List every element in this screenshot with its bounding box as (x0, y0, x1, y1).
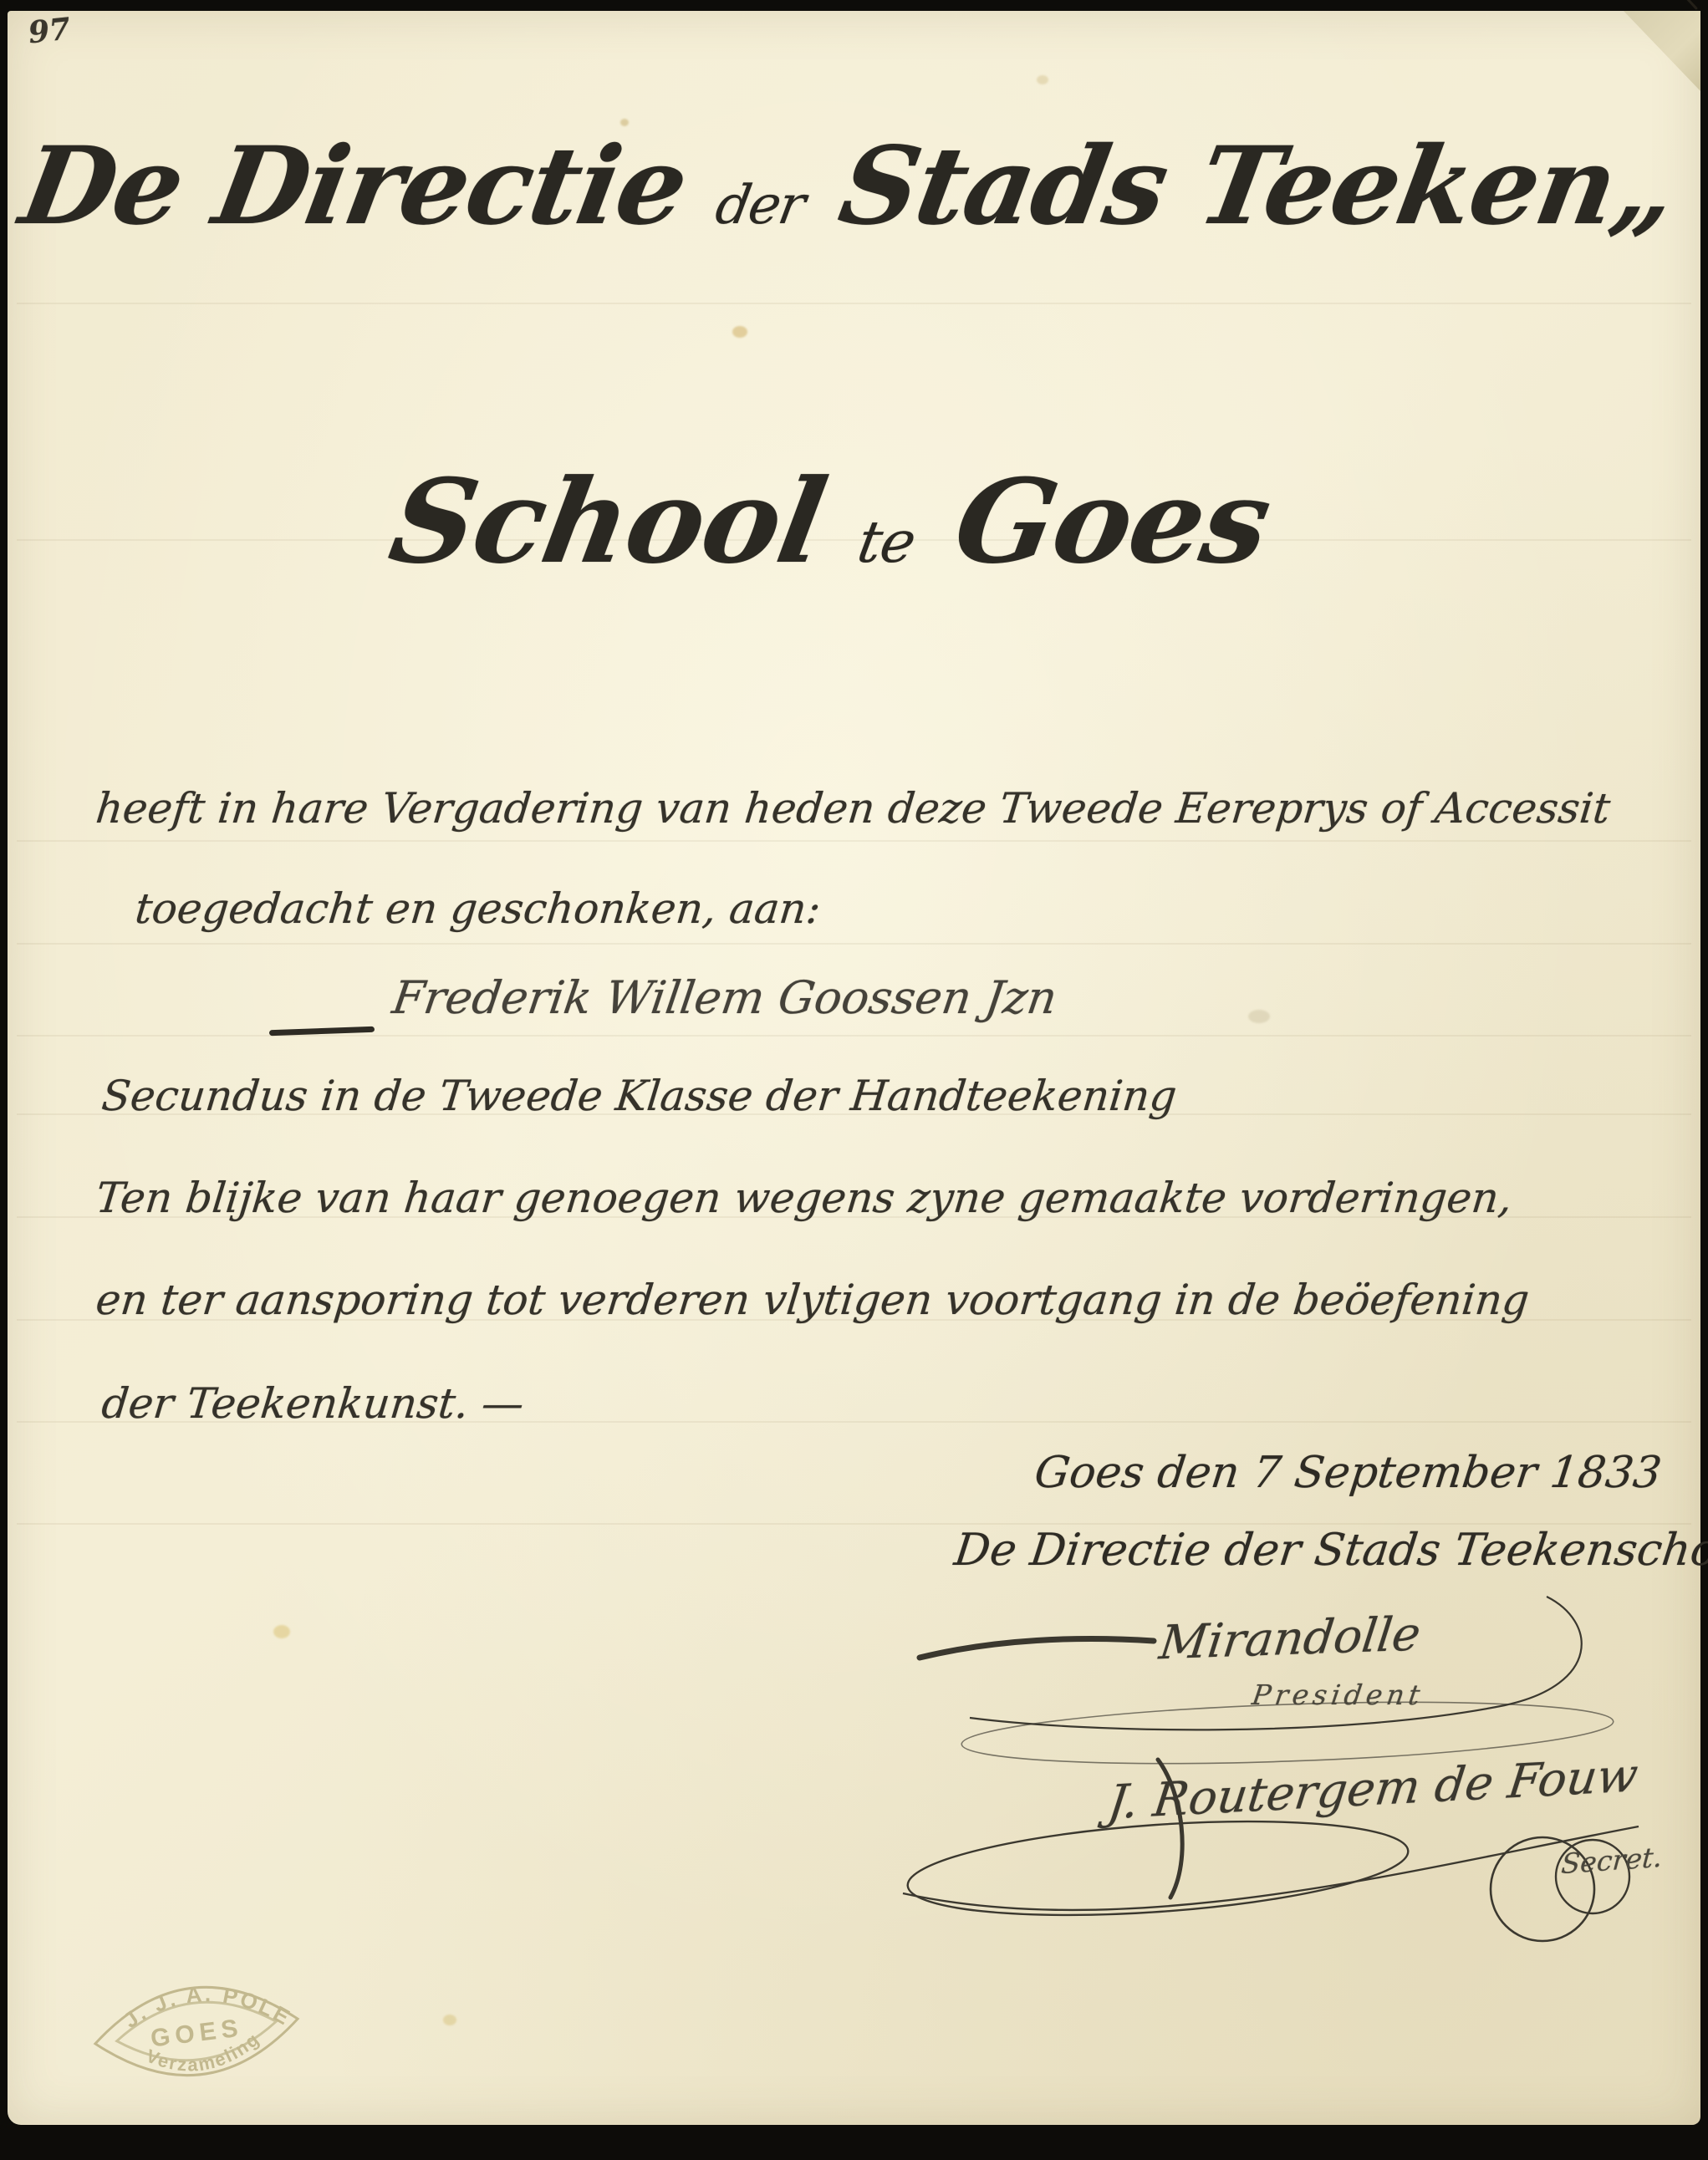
title-line-1: De Directie der Stads Teeken„ (13, 124, 1685, 249)
president-signature: Mirandolle (1156, 1607, 1424, 1671)
scanned-certificate: 97 De Directie der Stads Teeken„ School … (0, 0, 1708, 2160)
collection-stamp: J. J. A. POLEY GOES Verzameling (79, 1943, 314, 2119)
fox-spot (273, 1625, 290, 1638)
fold-crease (1624, 0, 1698, 10)
guideline (17, 840, 1691, 842)
page-number: 97 (27, 11, 72, 50)
issuer-line: De Directie der Stads Teekenschool. (951, 1525, 1708, 1576)
title-word: Directie (206, 124, 696, 249)
title-word-small: te (853, 509, 920, 576)
body-line: Ten blijke van haar genoegen wegens zyne… (94, 1174, 1515, 1222)
smudge (1248, 1010, 1270, 1023)
guideline (17, 1035, 1691, 1037)
guideline (17, 303, 1691, 304)
recipient-name: Frederik Willem Goossen Jzn (390, 971, 1061, 1024)
title-word: Goes (946, 453, 1280, 589)
guideline (17, 943, 1691, 945)
fox-spot (443, 2015, 456, 2025)
title-line-2: School te Goes (381, 453, 1280, 589)
body-line: Secundus in de Tweede Klasse der Handtee… (99, 1072, 1179, 1120)
body-line: toegedacht en geschonken, aan: (133, 884, 823, 933)
title-word: School (381, 453, 835, 589)
president-title: President (1250, 1679, 1426, 1711)
title-word: Stads (831, 124, 1176, 249)
fox-spot (1037, 75, 1048, 84)
title-word: De (13, 124, 192, 249)
body-line: en ter aansporing tot verderen vlytigen … (94, 1276, 1532, 1324)
dateline: Goes den 7 September 1833 (1032, 1448, 1664, 1498)
body-line: der Teekenkunst. — (99, 1379, 526, 1428)
fox-spot (732, 326, 747, 338)
body-line: heeft in hare Vergadering van heden deze… (94, 784, 1613, 833)
title-word: Teeken„ (1190, 124, 1685, 249)
title-word-small: der (711, 175, 808, 237)
